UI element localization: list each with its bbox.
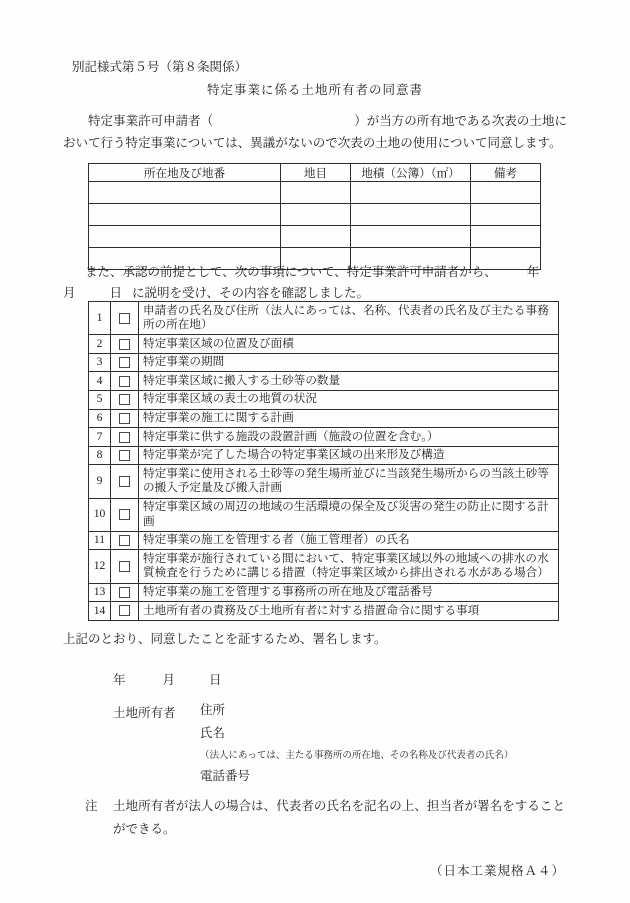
address-label: 住所 — [200, 703, 513, 718]
item-row: 7特定事業に供する施設の設置計画（施設の位置を含む。） — [89, 428, 559, 447]
item-label: 土地所有者の責務及び土地所有者に対する措置命令に関する事項 — [139, 602, 559, 621]
item-number: 7 — [89, 428, 111, 447]
item-checkbox — [119, 587, 130, 598]
item-row: 12特定事業が施行されている間において、特定事業区域以外の地域への排水の水質検査… — [89, 550, 559, 583]
intro-paragraph: 特定事業許可申請者（）が当方の所有地である次表の土地において行う特定事業について… — [63, 111, 567, 154]
corporate-note: （法人にあっては、主たる事務所の所在地、その名称及び代表者の氏名） — [200, 749, 513, 764]
item-label: 申請者の氏名及び住所（法人にあっては、名称、代表者の氏名及び主たる事務所の所在地… — [139, 302, 559, 335]
item-label: 特定事業区域に搬入する土砂等の数量 — [139, 372, 559, 391]
item-row: 8特定事業が完了した場合の特定事業区域の出来形及び構造 — [89, 446, 559, 465]
col-header-area: 地積（公簿）（㎡） — [351, 164, 471, 182]
item-checkbox — [119, 535, 130, 546]
item-label: 特定事業の施工を管理する事務所の所在地及び電話番号 — [139, 583, 559, 602]
item-number: 6 — [89, 409, 111, 428]
footnote: 注 土地所有者が法人の場合は、代表者の氏名を記名の上、担当者が署名をすることがで… — [85, 795, 573, 840]
intro-after-paren: ）が当方の所有地である次表の土地に — [354, 114, 567, 128]
item-checkbox — [119, 432, 130, 443]
sig-year-label: 年 — [113, 673, 126, 687]
item-number: 8 — [89, 446, 111, 465]
col-header-remarks: 備考 — [471, 164, 541, 182]
form-number: 別記様式第５号（第８条関係） — [72, 57, 247, 75]
item-row: 2特定事業区域の位置及び面積 — [89, 335, 559, 354]
item-checkbox — [119, 509, 130, 520]
col-header-location: 所在地及び地番 — [89, 164, 281, 182]
land-table-row — [89, 226, 541, 248]
land-table-row — [89, 204, 541, 226]
land-parcel-table: 所在地及び地番 地目 地積（公簿）（㎡） 備考 — [88, 163, 541, 270]
land-table-row — [89, 182, 541, 204]
item-row: 6特定事業の施工に関する計画 — [89, 409, 559, 428]
land-cell — [471, 182, 541, 204]
item-label: 特定事業の施工を管理する者（施工管理者）の氏名 — [139, 531, 559, 550]
footnote-text: 土地所有者が法人の場合は、代表者の氏名を記名の上、担当者が署名をすることができる… — [113, 795, 565, 840]
item-checkbox — [119, 313, 130, 324]
item-label: 特定事業が完了した場合の特定事業区域の出来形及び構造 — [139, 446, 559, 465]
item-label: 特定事業区域の周辺の地域の生活環境の保全及び災害の発生の防止に関する計画 — [139, 498, 559, 531]
item-label: 特定事業の施工に関する計画 — [139, 409, 559, 428]
item-checkbox — [119, 413, 130, 424]
item-row: 13特定事業の施工を管理する事務所の所在地及び電話番号 — [89, 583, 559, 602]
footnote-label: 注 — [85, 795, 113, 840]
paper-size-note: （日本工業規格Ａ４） — [430, 861, 565, 879]
land-cell — [281, 182, 351, 204]
land-cell — [281, 226, 351, 248]
confirmation-line1: また、承認の前提として、次の事項について、特定事業許可申請者から、年 — [63, 262, 563, 283]
land-cell — [351, 226, 471, 248]
item-number: 14 — [89, 602, 111, 621]
land-cell — [281, 204, 351, 226]
item-number: 13 — [89, 583, 111, 602]
land-cell — [89, 182, 281, 204]
item-checkbox — [119, 357, 130, 368]
item-row: 11特定事業の施工を管理する者（施工管理者）の氏名 — [89, 531, 559, 550]
item-label: 特定事業が施行されている間において、特定事業区域以外の地域への排水の水質検査を行… — [139, 550, 559, 583]
item-row: 14土地所有者の責務及び土地所有者に対する措置命令に関する事項 — [89, 602, 559, 621]
sig-month-label: 月 — [163, 673, 176, 687]
confirmed-items-table: 1申請者の氏名及び住所（法人にあっては、名称、代表者の氏名及び主たる事務所の所在… — [88, 301, 559, 621]
item-label: 特定事業区域の表土の地質の状況 — [139, 390, 559, 409]
month-label: 月 — [63, 286, 76, 300]
land-cell — [89, 226, 281, 248]
intro-before-paren: 特定事業許可申請者（ — [88, 114, 213, 128]
item-checkbox — [119, 376, 130, 387]
item-row: 9特定事業に使用される土砂等の発生場所並びに当該発生場所からの当該土砂等の搬入予… — [89, 465, 559, 498]
page-title: 特定事業に係る土地所有者の同意書 — [0, 80, 630, 98]
item-row: 3特定事業の期間 — [89, 353, 559, 372]
item-number: 10 — [89, 498, 111, 531]
phone-label: 電話番号 — [200, 769, 513, 784]
item-number: 11 — [89, 531, 111, 550]
land-table-header-row: 所在地及び地番 地目 地積（公簿）（㎡） 備考 — [89, 164, 541, 182]
item-row: 5特定事業区域の表土の地質の状況 — [89, 390, 559, 409]
land-cell — [471, 204, 541, 226]
confirmation-text: また、承認の前提として、次の事項について、特定事業許可申請者から、 — [85, 265, 497, 279]
item-number: 5 — [89, 390, 111, 409]
item-number: 12 — [89, 550, 111, 583]
intro-line2: おいて行う特定事業については、異議がないので次表の土地の使用について同意します。 — [63, 136, 562, 150]
item-label: 特定事業に供する施設の設置計画（施設の位置を含む。） — [139, 428, 559, 447]
signature-date-line: 年月日 — [113, 670, 222, 688]
day-label: 日 — [110, 286, 123, 300]
landowner-label: 土地所有者 — [113, 703, 176, 721]
item-number: 4 — [89, 372, 111, 391]
col-header-land-category: 地目 — [281, 164, 351, 182]
name-label: 氏名 — [200, 726, 513, 741]
land-cell — [471, 226, 541, 248]
item-checkbox — [119, 450, 130, 461]
land-cell — [89, 204, 281, 226]
consent-statement: 上記のとおり、同意したことを証するため、署名します。 — [63, 629, 387, 647]
document-page: 別記様式第５号（第８条関係） 特定事業に係る土地所有者の同意書 特定事業許可申請… — [0, 0, 630, 903]
land-cell — [351, 204, 471, 226]
item-number: 1 — [89, 302, 111, 335]
item-label: 特定事業区域の位置及び面積 — [139, 335, 559, 354]
item-checkbox — [119, 476, 130, 487]
item-label: 特定事業の期間 — [139, 353, 559, 372]
item-number: 3 — [89, 353, 111, 372]
item-checkbox — [119, 394, 130, 405]
item-checkbox — [119, 605, 130, 616]
confirmation-text2: に説明を受け、その内容を確認しました。 — [132, 286, 369, 300]
item-label: 特定事業に使用される土砂等の発生場所並びに当該発生場所からの当該土砂等の搬入予定… — [139, 465, 559, 498]
item-checkbox — [119, 339, 130, 350]
item-checkbox — [119, 561, 130, 572]
item-number: 2 — [89, 335, 111, 354]
signature-fields: 住所 氏名 （法人にあっては、主たる事務所の所在地、その名称及び代表者の氏名） … — [200, 703, 513, 792]
sig-day-label: 日 — [209, 673, 222, 687]
item-row: 10特定事業区域の周辺の地域の生活環境の保全及び災害の発生の防止に関する計画 — [89, 498, 559, 531]
item-number: 9 — [89, 465, 111, 498]
item-row: 4特定事業区域に搬入する土砂等の数量 — [89, 372, 559, 391]
year-label: 年 — [527, 265, 540, 279]
item-row: 1申請者の氏名及び住所（法人にあっては、名称、代表者の氏名及び主たる事務所の所在… — [89, 302, 559, 335]
confirmation-paragraph: また、承認の前提として、次の事項について、特定事業許可申請者から、年 月日に説明… — [63, 262, 563, 304]
land-cell — [351, 182, 471, 204]
